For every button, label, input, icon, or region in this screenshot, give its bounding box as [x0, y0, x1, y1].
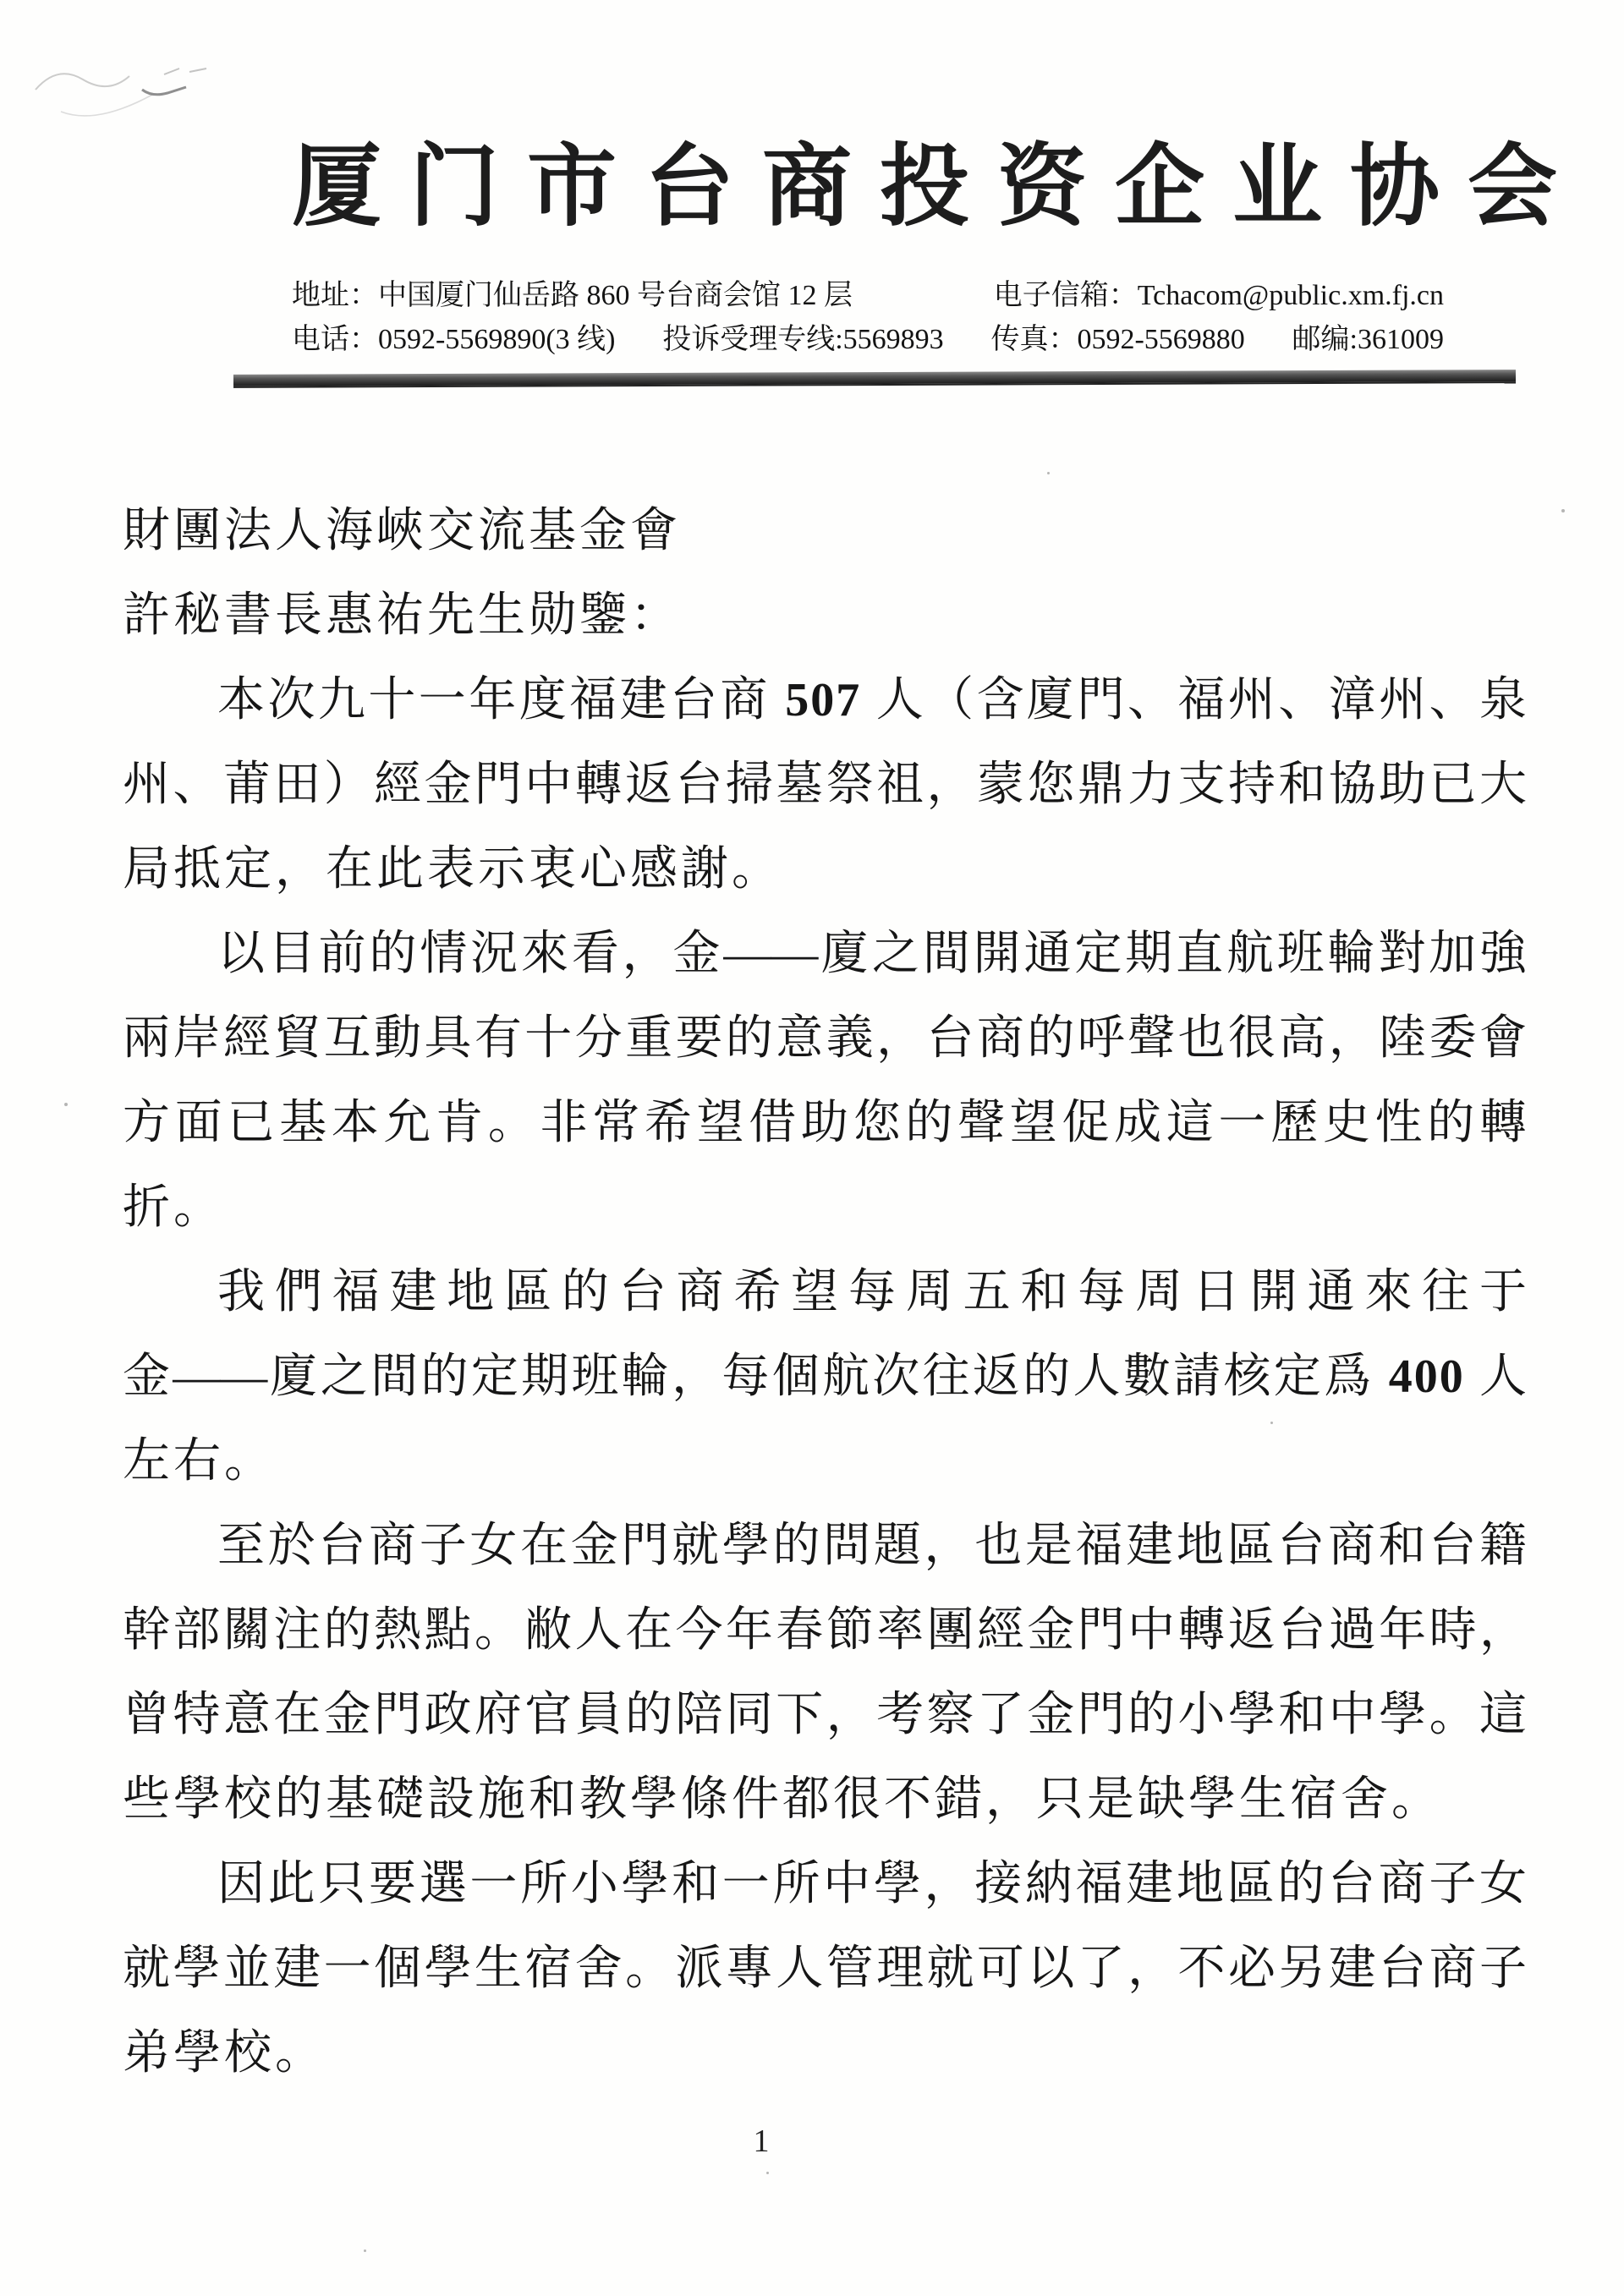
body-line-15: 曾特意在金門政府官員的陪同下，考察了金門的小學和中學。這	[123, 1673, 1527, 1757]
text-run: 州、莆田）經金門中轉返台掃墓祭祖，蒙您鼎力支持和協助已大	[123, 759, 1527, 811]
text-run: 人	[1465, 1351, 1527, 1403]
scan-speck	[1561, 509, 1565, 512]
body-line-7: 兩岸經貿互動具有十分重要的意義，台商的呼聲也很高，陸委會	[123, 996, 1527, 1081]
body-line-16: 些學校的基礎設施和教學條件都很不錯，只是缺學生宿舍。	[123, 1757, 1527, 1842]
body-line-19: 弟學校。	[123, 2011, 1527, 2096]
letter-body: 財團法人海峽交流基金會許秘書長惠祐先生勋鑒：本次九十一年度福建台商 507 人（…	[0, 0, 1624, 2296]
body-line-8: 方面已基本允肯。非常希望借助您的聲望促成這一歷史性的轉	[123, 1081, 1527, 1165]
text-run: 許秘書長惠祐先生勋鑒：	[123, 589, 681, 642]
body-line-18: 就學並建一個學生宿舍。派專人管理就可以了，不必另建台商子	[123, 1926, 1527, 2011]
body-line-5: 局抵定，在此表示衷心感謝。	[123, 827, 1527, 912]
text-run: 方面已基本允肯。非常希望借助您的聲望促成這一歷史性的轉	[123, 1097, 1527, 1149]
scan-speck	[364, 2249, 366, 2252]
text-run: 就學並建一個學生宿舍。派專人管理就可以了，不必另建台商子	[123, 1943, 1527, 1995]
scanned-letter-page: 厦门市台商投资企业协会 地址：中国厦门仙岳路 860 号台商会馆 12 层 电子…	[0, 0, 1624, 2296]
body-line-11: 金——廈之間的定期班輪，每個航次往返的人數請核定爲 400 人	[123, 1334, 1527, 1419]
text-run: 財團法人海峽交流基金會	[123, 505, 681, 557]
text-run: 左右。	[123, 1435, 275, 1488]
body-line-6: 以目前的情況來看，金——廈之間開通定期直航班輪對加強	[123, 912, 1527, 996]
text-run: 以目前的情況來看，金——廈之間開通定期直航班輪對加強	[217, 928, 1527, 980]
text-run: 人（含廈門、福州、漳州、泉	[861, 674, 1527, 726]
text-run: 弟學校。	[123, 2027, 326, 2080]
text-run: 金——廈之間的定期班輪，每個航次往返的人數請核定爲	[123, 1351, 1389, 1403]
body-line-10: 我們福建地區的台商希望每周五和每周日開通來往于	[123, 1250, 1527, 1334]
text-run: 些學校的基礎設施和教學條件都很不錯，只是缺學生宿舍。	[123, 1773, 1442, 1826]
scan-speck	[1047, 472, 1050, 474]
body-line-12: 左右。	[123, 1419, 1527, 1504]
page-number: 1	[738, 2123, 785, 2160]
bold-number: 507	[785, 674, 861, 726]
bold-number: 400	[1389, 1351, 1465, 1403]
body-line-4: 州、莆田）經金門中轉返台掃墓祭祖，蒙您鼎力支持和協助已大	[123, 743, 1527, 827]
text-run: 幹部關注的熱點。敝人在今年春節率團經金門中轉返台過年時，	[123, 1604, 1527, 1657]
text-run: 我們福建地區的台商希望每周五和每周日開通來往于	[217, 1266, 1527, 1318]
recipient-line: 財團法人海峽交流基金會	[123, 489, 1527, 573]
text-run: 曾特意在金門政府官員的陪同下，考察了金門的小學和中學。這	[123, 1689, 1527, 1741]
body-line-14: 幹部關注的熱點。敝人在今年春節率團經金門中轉返台過年時，	[123, 1588, 1527, 1673]
body-line-3: 本次九十一年度福建台商 507 人（含廈門、福州、漳州、泉	[123, 658, 1527, 743]
text-run: 本次九十一年度福建台商	[217, 674, 785, 726]
scan-speck	[64, 1103, 68, 1106]
text-run: 局抵定，在此表示衷心感謝。	[123, 843, 782, 896]
salutation-line: 許秘書長惠祐先生勋鑒：	[123, 573, 1527, 658]
scan-speck	[766, 2172, 769, 2174]
body-line-17: 因此只要選一所小學和一所中學，接納福建地區的台商子女	[123, 1842, 1527, 1926]
text-run: 至於台商子女在金門就學的問題，也是福建地區台商和台籍	[217, 1520, 1527, 1572]
scan-speck	[1270, 1422, 1273, 1424]
text-run: 兩岸經貿互動具有十分重要的意義，台商的呼聲也很高，陸委會	[123, 1012, 1527, 1065]
body-line-13: 至於台商子女在金門就學的問題，也是福建地區台商和台籍	[123, 1504, 1527, 1588]
body-line-9: 折。	[123, 1165, 1527, 1250]
text-run: 折。	[123, 1181, 224, 1234]
text-run: 因此只要選一所小學和一所中學，接納福建地區的台商子女	[217, 1858, 1527, 1910]
